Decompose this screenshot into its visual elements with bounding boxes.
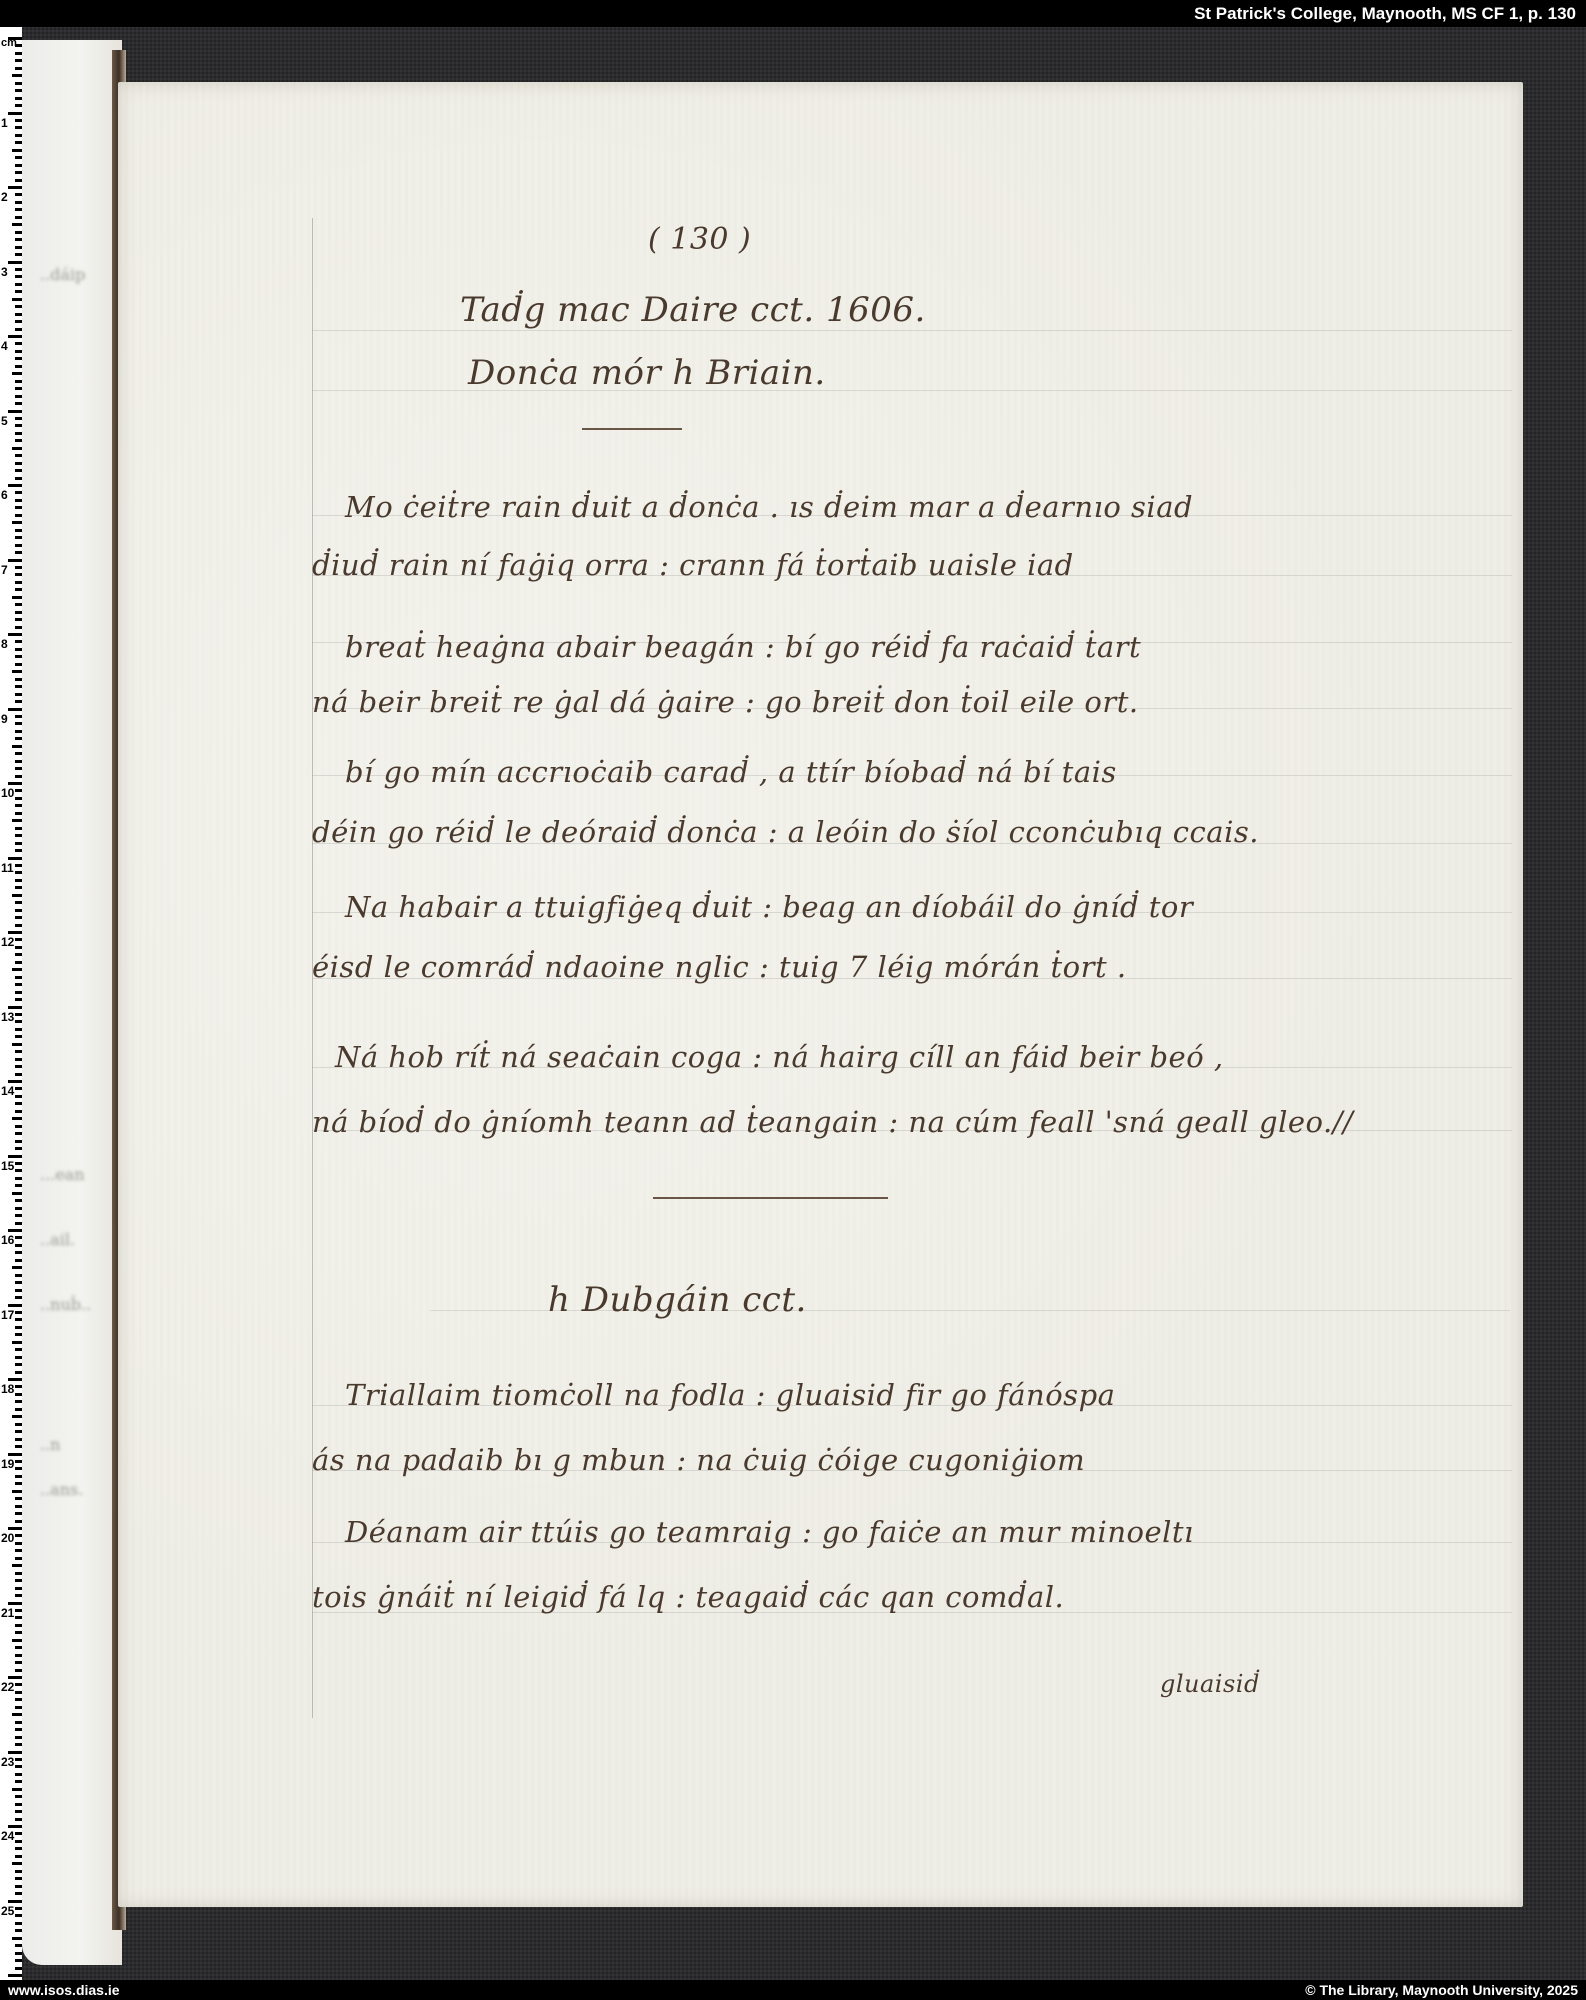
ruler-tick xyxy=(15,663,22,666)
ruler-tick xyxy=(15,603,22,606)
ruler-tick xyxy=(15,1810,22,1813)
ruler-tick xyxy=(15,938,22,941)
ruler-tick xyxy=(15,871,22,874)
ruler-tick xyxy=(15,89,22,92)
ruler-tick xyxy=(15,1952,22,1955)
ruler-label: 2 xyxy=(1,190,8,204)
ruler-label: 15 xyxy=(1,1159,14,1173)
ruler-tick xyxy=(8,559,22,562)
ruler-tick xyxy=(15,655,22,658)
ruler-tick xyxy=(15,253,22,256)
ruler-tick xyxy=(15,1125,22,1128)
ruler-tick xyxy=(15,67,22,70)
ruler-tick xyxy=(12,1043,22,1046)
ghost-text: ..nuḃ.. xyxy=(40,1295,91,1314)
verse-line: tois ġnáiṫ ní leigiḋ fá lq : teagaiḋ các… xyxy=(312,1580,1064,1614)
ruler-tick xyxy=(15,1102,22,1105)
ruler-tick xyxy=(15,1363,22,1366)
ruler-tick xyxy=(15,1579,22,1582)
ruler-tick xyxy=(15,1177,22,1180)
ruler-tick xyxy=(15,171,22,174)
ruler-tick xyxy=(15,827,22,830)
ruler-label: 21 xyxy=(1,1606,14,1620)
ruler-tick xyxy=(15,395,22,398)
ruler-label: 14 xyxy=(1,1084,14,1098)
ruler-tick xyxy=(15,141,22,144)
ruler-tick xyxy=(15,44,22,47)
ruler-label: 22 xyxy=(1,1680,14,1694)
ruler-tick xyxy=(15,1832,22,1835)
ruler-tick xyxy=(15,1236,22,1239)
ruler-label: 16 xyxy=(1,1233,14,1247)
ruler-tick xyxy=(15,1870,22,1873)
ruler-tick xyxy=(12,1266,22,1269)
copyright-notice: © The Library, Maynooth University, 2025 xyxy=(1305,1980,1578,2000)
cm-ruler: cm 1234567891011121314151617181920212223… xyxy=(0,27,22,1980)
ruler-tick xyxy=(15,1683,22,1686)
ruler-tick xyxy=(15,1549,22,1552)
ruler-tick xyxy=(8,410,22,413)
site-link[interactable]: www.isos.dias.ie xyxy=(8,1980,120,2000)
ruler-tick xyxy=(15,1199,22,1202)
ruler-tick xyxy=(15,1795,22,1798)
ruler-tick xyxy=(8,1155,22,1158)
ruler-tick xyxy=(15,1475,22,1478)
ruler-tick xyxy=(12,596,22,599)
ruler-tick xyxy=(15,1520,22,1523)
ruler-tick xyxy=(15,1423,22,1426)
ruler-tick xyxy=(15,1765,22,1768)
ruler-tick xyxy=(15,156,22,159)
ruler-tick xyxy=(15,551,22,554)
ruler-tick xyxy=(15,842,22,845)
ruler-tick xyxy=(15,104,22,107)
ruler-tick xyxy=(8,1304,22,1307)
verse-line: déin go réiḋ le deóraiḋ ḋonċa : a leóin … xyxy=(312,815,1259,849)
ruler-label: 20 xyxy=(1,1531,14,1545)
ruler-tick xyxy=(8,1229,22,1232)
ruler-tick xyxy=(15,1445,22,1448)
ruler-tick xyxy=(15,886,22,889)
ruler-tick xyxy=(15,238,22,241)
ghost-text: ..ans. xyxy=(40,1480,83,1499)
ruler-tick xyxy=(15,1311,22,1314)
ruler-tick xyxy=(12,1117,22,1120)
ruler-tick xyxy=(15,82,22,85)
ruler-tick xyxy=(12,149,22,152)
ruler-tick xyxy=(12,670,22,673)
ruler-label: 24 xyxy=(1,1829,14,1843)
ruler-tick xyxy=(15,164,22,167)
ruler-tick xyxy=(15,685,22,688)
ruler-tick xyxy=(15,1095,22,1098)
ruler-tick xyxy=(15,491,22,494)
ruler-tick xyxy=(15,812,22,815)
ruler-tick xyxy=(15,1818,22,1821)
ruler-tick xyxy=(12,1862,22,1865)
ruler-tick xyxy=(15,439,22,442)
ruler-tick xyxy=(15,1512,22,1515)
ruler-tick xyxy=(15,387,22,390)
ruler-tick xyxy=(15,1944,22,1947)
ruler-tick xyxy=(15,514,22,517)
ruler-tick xyxy=(15,1497,22,1500)
ruler-tick xyxy=(15,97,22,100)
ruler-tick xyxy=(15,1244,22,1247)
ruler-tick xyxy=(8,1080,22,1083)
facing-page: ..dáip ...ean ..ail. ..nuḃ.. ..n ..ans. xyxy=(22,40,122,1965)
ruler-tick xyxy=(15,1743,22,1746)
ruler-tick xyxy=(15,536,22,539)
ruler-tick xyxy=(15,506,22,509)
ruler-tick xyxy=(8,1825,22,1828)
ruler-tick xyxy=(12,1564,22,1567)
ruler-tick xyxy=(15,1356,22,1359)
ruler-tick xyxy=(15,1609,22,1612)
poem1-title-author: Taḋg mac Daire cct. 1606. xyxy=(460,290,926,330)
verse-line: Na habair a ttuigfiġeq ḋuit : beag an dí… xyxy=(345,890,1193,924)
ruler-tick xyxy=(15,380,22,383)
ghost-text: ...ean xyxy=(40,1165,85,1184)
ruler-tick xyxy=(15,693,22,696)
ruler-tick xyxy=(15,1430,22,1433)
ruler-label: 11 xyxy=(1,861,14,875)
ruler-tick xyxy=(15,1281,22,1284)
ruler-tick xyxy=(15,1289,22,1292)
ruler-tick xyxy=(15,529,22,532)
ruler-tick xyxy=(15,961,22,964)
ruler-tick xyxy=(15,991,22,994)
ruler-tick xyxy=(15,581,22,584)
header-title: St Patrick's College, Maynooth, MS CF 1,… xyxy=(0,0,1586,27)
ruler-tick xyxy=(15,849,22,852)
ruler-tick xyxy=(12,745,22,748)
ruler-tick xyxy=(15,1348,22,1351)
ruler-tick xyxy=(15,328,22,331)
ghost-text: ..n xyxy=(40,1435,60,1454)
ruler-tick xyxy=(15,59,22,62)
ruler-label: 13 xyxy=(1,1010,14,1024)
ruler-tick xyxy=(15,760,22,763)
ruler-tick xyxy=(15,1274,22,1277)
ruler-tick xyxy=(8,857,22,860)
ruler-tick xyxy=(8,1527,22,1530)
ruler-tick xyxy=(12,521,22,524)
verse-line: ḋiuḋ rain ní faġiq orra : crann fá ṫorṫa… xyxy=(312,548,1074,582)
ruler-tick xyxy=(15,1259,22,1262)
footer: www.isos.dias.ie © The Library, Maynooth… xyxy=(0,1980,1586,2000)
ruler-label: 10 xyxy=(1,786,14,800)
ruler-tick xyxy=(15,946,22,949)
ruler-tick xyxy=(15,1020,22,1023)
ruler-tick xyxy=(15,1073,22,1076)
ruler-tick xyxy=(15,1140,22,1143)
ruler-tick xyxy=(8,1378,22,1381)
verse-line: Mo ċeiṫre rain ḋuit a ḋonċa . ıs ḋeim ma… xyxy=(345,490,1193,524)
ruler-tick xyxy=(15,1646,22,1649)
ruler-tick xyxy=(15,119,22,122)
ruler-tick xyxy=(15,648,22,651)
ruler-tick xyxy=(15,715,22,718)
ruler-tick xyxy=(12,1490,22,1493)
ruler-tick xyxy=(15,365,22,368)
ruler-tick xyxy=(15,1207,22,1210)
ruler-label: 7 xyxy=(1,563,8,577)
ruler-tick xyxy=(15,1758,22,1761)
ruler-tick xyxy=(15,804,22,807)
ruler-tick xyxy=(15,1460,22,1463)
ruler-tick xyxy=(8,112,22,115)
ruler-tick xyxy=(15,1251,22,1254)
ruler-tick xyxy=(15,357,22,360)
ruler-tick xyxy=(15,290,22,293)
ruler-tick xyxy=(15,1847,22,1850)
ruler-tick xyxy=(15,1222,22,1225)
ruler-tick xyxy=(15,789,22,792)
ruler-tick xyxy=(15,1892,22,1895)
ruler-tick xyxy=(15,1967,22,1970)
ruler-tick xyxy=(15,1728,22,1731)
ruler-tick xyxy=(15,1169,22,1172)
ruler-tick xyxy=(15,52,22,55)
ruler-tick xyxy=(15,1065,22,1068)
ruler-tick xyxy=(15,305,22,308)
ruler-tick xyxy=(15,1467,22,1470)
ruler-tick xyxy=(15,1661,22,1664)
ruler-tick xyxy=(15,454,22,457)
ruler-label: 8 xyxy=(1,637,8,651)
ruler-label: 17 xyxy=(1,1308,14,1322)
ruler-tick xyxy=(12,1415,22,1418)
ruler-tick xyxy=(15,179,22,182)
ruler-tick xyxy=(15,1572,22,1575)
separator-rule xyxy=(582,428,682,430)
ruler-tick xyxy=(15,983,22,986)
ruler-tick xyxy=(15,1587,22,1590)
ruler-tick xyxy=(8,708,22,711)
ruler-tick xyxy=(15,1855,22,1858)
ruler-tick xyxy=(15,573,22,576)
ruler-tick xyxy=(8,1006,22,1009)
ruler-tick xyxy=(15,268,22,271)
ruler-label: 4 xyxy=(1,339,8,353)
ruler-tick xyxy=(15,1333,22,1336)
ruler-tick xyxy=(15,1698,22,1701)
ruler-tick xyxy=(15,1028,22,1031)
ruler-tick xyxy=(15,1318,22,1321)
ruler-tick xyxy=(15,618,22,621)
verse-line: bí go mín accrıoċaib caraḋ , a ttír bíob… xyxy=(345,755,1117,789)
verse-line: Triallaim tiomċoll na fodla : gluaisid f… xyxy=(345,1378,1115,1412)
ruler-label: 19 xyxy=(1,1457,14,1471)
ruler-tick xyxy=(12,372,22,375)
ruler-tick xyxy=(15,737,22,740)
ruler-tick xyxy=(15,216,22,219)
ruler-tick xyxy=(12,1341,22,1344)
ruler-tick xyxy=(12,894,22,897)
ruler-tick xyxy=(15,976,22,979)
ghost-text: ..ail. xyxy=(40,1230,75,1249)
ruler-tick xyxy=(15,432,22,435)
ruler-tick xyxy=(15,1505,22,1508)
ruler-tick xyxy=(15,730,22,733)
ruler-tick xyxy=(15,1959,22,1962)
ruler-tick xyxy=(15,1691,22,1694)
ruler-tick xyxy=(12,1937,22,1940)
ruler-tick xyxy=(15,1542,22,1545)
ruler-tick xyxy=(15,1438,22,1441)
ruler-tick xyxy=(15,722,22,725)
ruler-tick xyxy=(12,298,22,301)
ruler-tick xyxy=(15,201,22,204)
ruler-tick xyxy=(15,1669,22,1672)
ruler-tick xyxy=(15,1736,22,1739)
ruler-tick xyxy=(12,1713,22,1716)
verse-line: breaṫ heaġna abair beagán : bí go réiḋ f… xyxy=(345,630,1141,664)
ruler-tick xyxy=(15,1885,22,1888)
ruler-tick xyxy=(8,1751,22,1754)
ruler-tick xyxy=(15,208,22,211)
ruler-tick xyxy=(15,998,22,1001)
ruler-tick xyxy=(15,1482,22,1485)
ruler-tick xyxy=(15,1058,22,1061)
ruler-tick xyxy=(15,1087,22,1090)
ruler-tick xyxy=(12,74,22,77)
ruler-tick xyxy=(15,1914,22,1917)
poem2-title: h Dubgáin cct. xyxy=(548,1280,807,1320)
ruler-tick xyxy=(15,611,22,614)
ruler-tick xyxy=(12,447,22,450)
ruler-tick xyxy=(15,1385,22,1388)
separator-rule xyxy=(653,1197,888,1199)
ruler-tick xyxy=(15,700,22,703)
ruler-tick xyxy=(15,953,22,956)
ruler-tick xyxy=(15,1654,22,1657)
ruler-tick xyxy=(8,335,22,338)
ruler-tick xyxy=(15,417,22,420)
ruler-tick xyxy=(15,469,22,472)
ruler-tick xyxy=(15,246,22,249)
ruler-tick xyxy=(15,1773,22,1776)
ruler-tick xyxy=(15,797,22,800)
ruler-tick xyxy=(15,1706,22,1709)
ruler-tick xyxy=(15,901,22,904)
ruler-label: 9 xyxy=(1,712,8,726)
ruler-tick xyxy=(15,1110,22,1113)
ruler-label: 1 xyxy=(1,116,8,130)
ruler-tick xyxy=(15,1184,22,1187)
ghost-text: ..dáip xyxy=(40,265,85,284)
ruler-tick xyxy=(15,402,22,405)
ruler-tick xyxy=(8,782,22,785)
ruler-tick xyxy=(8,186,22,189)
ruler-tick xyxy=(15,1557,22,1560)
ruler-tick xyxy=(15,193,22,196)
ruler-tick xyxy=(15,1035,22,1038)
ruler-tick xyxy=(12,968,22,971)
ruler-tick xyxy=(15,588,22,591)
ruler-tick xyxy=(15,1721,22,1724)
verse-line: ás na padaib bı g mbun : na ċuig ċóige c… xyxy=(312,1443,1085,1477)
ruler-label: 3 xyxy=(1,265,8,279)
ruler-tick xyxy=(15,1929,22,1932)
ruler-tick xyxy=(15,1631,22,1634)
verse-line: éisd le comráḋ ndaoine nglic : tuig 7 lé… xyxy=(312,950,1127,984)
ruler-tick xyxy=(15,678,22,681)
ruler-tick xyxy=(15,864,22,867)
ruler-tick xyxy=(15,126,22,129)
ruler-tick xyxy=(15,1907,22,1910)
ruler-tick xyxy=(8,1602,22,1605)
ruler-label: 23 xyxy=(1,1755,14,1769)
catchword: gluaisiḋ xyxy=(1160,1670,1260,1698)
ruler-tick xyxy=(15,1214,22,1217)
ruler-tick xyxy=(15,1616,22,1619)
ruler-tick xyxy=(15,342,22,345)
ruler-tick xyxy=(15,1594,22,1597)
ruler-tick xyxy=(15,909,22,912)
ruler-tick xyxy=(15,477,22,480)
ruler-tick xyxy=(8,261,22,264)
ruler-tick xyxy=(15,231,22,234)
ruler-tick xyxy=(15,775,22,778)
ruler-tick xyxy=(15,834,22,837)
ruler-tick xyxy=(12,1192,22,1195)
ruler-tick xyxy=(15,134,22,137)
ruler-tick xyxy=(15,1147,22,1150)
ruler-tick xyxy=(15,1922,22,1925)
ruler-label: 6 xyxy=(1,488,8,502)
ruler-tick xyxy=(15,1132,22,1135)
ruler-tick xyxy=(15,924,22,927)
ruler-label: 5 xyxy=(1,414,8,428)
ruler-tick xyxy=(15,566,22,569)
ruler-tick xyxy=(15,350,22,353)
verse-line: Déanam air ttúis go teamraig : go faiċe … xyxy=(345,1515,1194,1549)
ruler-tick xyxy=(15,879,22,882)
verse-line: ná bíoḋ do ġníomh teann ad ṫeangain : na… xyxy=(312,1105,1353,1139)
ruler-label: 25 xyxy=(1,1904,14,1918)
ruler-tick xyxy=(15,640,22,643)
ruler-tick xyxy=(15,1400,22,1403)
ruler-tick xyxy=(15,916,22,919)
ruler-tick xyxy=(15,767,22,770)
ruler-tick xyxy=(15,320,22,323)
ruler-tick xyxy=(8,633,22,636)
ruler-tick xyxy=(15,313,22,316)
ruler-tick xyxy=(12,1788,22,1791)
ruler-tick xyxy=(15,499,22,502)
ruler-tick xyxy=(8,1900,22,1903)
ruler-tick xyxy=(15,462,22,465)
ruler-tick xyxy=(15,1624,22,1627)
ruler-label: 12 xyxy=(1,935,14,949)
ruler-tick xyxy=(12,819,22,822)
ruler-tick xyxy=(15,544,22,547)
ruler-tick xyxy=(8,931,22,934)
ruler-tick xyxy=(15,1393,22,1396)
ruler-tick xyxy=(8,37,22,40)
ruler-label: 18 xyxy=(1,1382,14,1396)
ruler-tick xyxy=(15,1803,22,1806)
ruler-tick xyxy=(15,626,22,629)
ruler-tick xyxy=(15,1408,22,1411)
ruler-tick xyxy=(15,1780,22,1783)
ruler-tick xyxy=(15,1013,22,1016)
ruler-tick xyxy=(15,1296,22,1299)
ruler-tick xyxy=(15,1162,22,1165)
ruler-tick xyxy=(8,1453,22,1456)
